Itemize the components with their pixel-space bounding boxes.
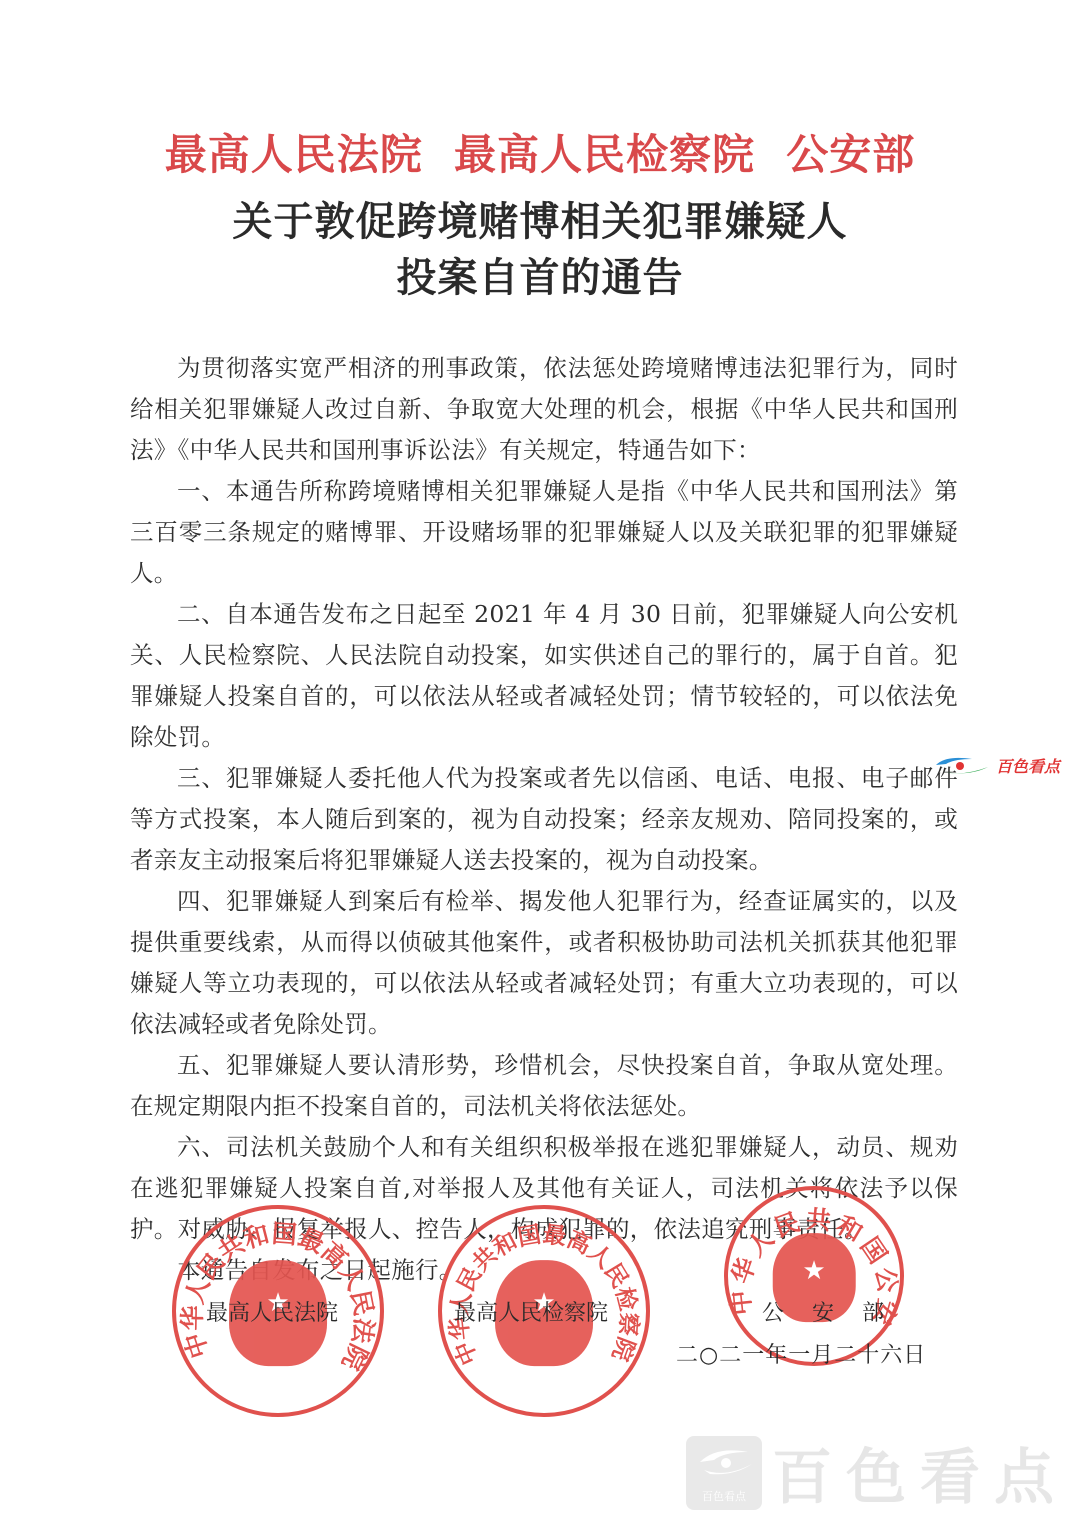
bottom-watermark: 百色看点 百色看点 <box>686 1430 1068 1516</box>
side-watermark-text: 百色看点 <box>996 754 1060 777</box>
notice-title-line2: 投案自首的通告 <box>0 246 1080 303</box>
clause-2: 二、自本通告发布之日起至 2021 年 4 月 30 日前，犯罪嫌疑人向公安机关… <box>130 594 958 758</box>
signature-court: 最高人民法院 <box>206 1296 338 1327</box>
issuing-authorities: 最高人民法院 最高人民检察院 公安部 <box>0 122 1080 182</box>
signature-police: 公 安 部 <box>762 1296 884 1327</box>
bottom-watermark-text: 百色看点 <box>772 1430 1068 1516</box>
notice-title-line1: 关于敦促跨境赌博相关犯罪嫌疑人 <box>0 190 1080 247</box>
notice-body: 为贯彻落实宽严相济的刑事政策，依法惩处跨境赌博违法犯罪行为，同时给相关犯罪嫌疑人… <box>130 348 958 1291</box>
issue-date: 二○二一年一月二十六日 <box>676 1338 926 1369</box>
clause-3: 三、犯罪嫌疑人委托他人代为投案或者先以信函、电话、电报、电子邮件等方式投案，本人… <box>130 758 958 881</box>
intro-paragraph: 为贯彻落实宽严相济的刑事政策，依法惩处跨境赌博违法犯罪行为，同时给相关犯罪嫌疑人… <box>130 348 958 471</box>
clause-5: 五、犯罪嫌疑人要认清形势，珍惜机会，尽快投案自首，争取从宽处理。在规定期限内拒不… <box>130 1045 958 1127</box>
signature-procuratorate: 最高人民检察院 <box>454 1296 608 1327</box>
baise-logo-icon <box>932 755 992 777</box>
baise-badge-icon: 百色看点 <box>686 1436 762 1510</box>
clause-1: 一、本通告所称跨境赌博相关犯罪嫌疑人是指《中华人民共和国刑法》第三百零三条规定的… <box>130 471 958 594</box>
side-watermark: 百色看点 <box>932 754 1060 777</box>
seal-ring-text: 中华人民共和国公安部 <box>728 1190 900 1362</box>
clause-4: 四、犯罪嫌疑人到案后有检举、揭发他人犯罪行为，经查证属实的，以及提供重要线索，从… <box>130 881 958 1045</box>
